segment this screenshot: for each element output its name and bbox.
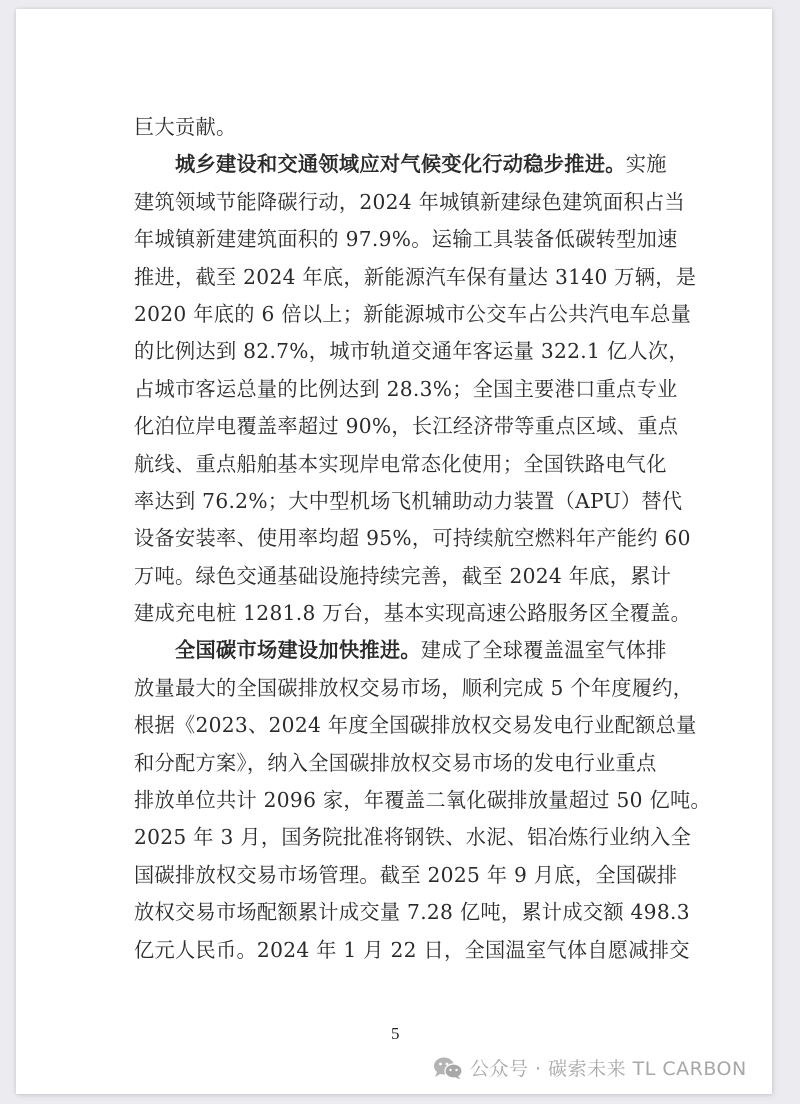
text-line: 巨大贡献。 [134, 109, 655, 146]
text-line: 排放单位共计 2096 家，年覆盖二氧化碳排放量超过 50 亿吨。 [134, 782, 655, 819]
paragraph-text: 建成了全球覆盖温室气体排 [421, 638, 667, 662]
watermark: 公众号 · 碳索未来 TL CARBON [432, 1054, 747, 1081]
document-body: 巨大贡献。 城乡建设和交通领域应对气候变化行动稳步推进。实施 建筑领域节能降碳行… [134, 109, 655, 969]
text-line: 建筑领域节能降碳行动，2024 年城镇新建绿色建筑面积占当 [134, 184, 655, 221]
text-line: 的比例达到 82.7%，城市轨道交通年客运量 322.1 亿人次， [134, 333, 655, 370]
text-line: 国碳排放权交易市场管理。截至 2025 年 9 月底，全国碳排 [134, 857, 655, 894]
paragraph-text: 实施 [626, 152, 667, 176]
text-line: 万吨。绿色交通基础设施持续完善，截至 2024 年底，累计 [134, 558, 655, 595]
text-line: 化泊位岸电覆盖率超过 90%，长江经济带等重点区域、重点 [134, 408, 655, 445]
text-line: 推进，截至 2024 年底，新能源汽车保有量达 3140 万辆，是 [134, 259, 655, 296]
text-line: 年城镇新建建筑面积的 97.9%。运输工具装备低碳转型加速 [134, 221, 655, 258]
text-line: 根据《2023、2024 年度全国碳排放权交易发电行业配额总量 [134, 707, 655, 744]
paragraph-heading: 全国碳市场建设加快推进。 [175, 638, 421, 662]
text-line: 建成充电桩 1281.8 万台，基本实现高速公路服务区全覆盖。 [134, 595, 655, 632]
wechat-icon [432, 1056, 464, 1080]
text-line: 2020 年底的 6 倍以上；新能源城市公交车占公共汽电车总量 [134, 296, 655, 333]
paragraph-heading: 城乡建设和交通领域应对气候变化行动稳步推进。 [175, 152, 626, 176]
watermark-text: 公众号 · 碳索未来 TL CARBON [470, 1054, 747, 1081]
text-line: 率达到 76.2%；大中型机场飞机辅助动力装置（APU）替代 [134, 483, 655, 520]
paragraph-first-line: 城乡建设和交通领域应对气候变化行动稳步推进。实施 [134, 146, 655, 183]
text-line: 放权交易市场配额累计成交量 7.28 亿吨，累计成交额 498.3 [134, 894, 655, 931]
text-line: 放量最大的全国碳排放权交易市场，顺利完成 5 个年度履约， [134, 670, 655, 707]
text-line: 亿元人民币。2024 年 1 月 22 日，全国温室气体自愿减排交 [134, 932, 655, 969]
text-line: 占城市客运总量的比例达到 28.3%；全国主要港口重点专业 [134, 371, 655, 408]
text-line: 和分配方案》，纳入全国碳排放权交易市场的发电行业重点 [134, 745, 655, 782]
text-line: 设备安装率、使用率均超 95%，可持续航空燃料年产能约 60 [134, 520, 655, 557]
text-line: 航线、重点船舶基本实现岸电常态化使用；全国铁路电气化 [134, 446, 655, 483]
paragraph-first-line: 全国碳市场建设加快推进。建成了全球覆盖温室气体排 [134, 632, 655, 669]
page-number: 5 [391, 1024, 400, 1044]
text-line: 2025 年 3 月，国务院批准将钢铁、水泥、铝冶炼行业纳入全 [134, 819, 655, 856]
document-page: 巨大贡献。 城乡建设和交通领域应对气候变化行动稳步推进。实施 建筑领域节能降碳行… [16, 9, 772, 1094]
